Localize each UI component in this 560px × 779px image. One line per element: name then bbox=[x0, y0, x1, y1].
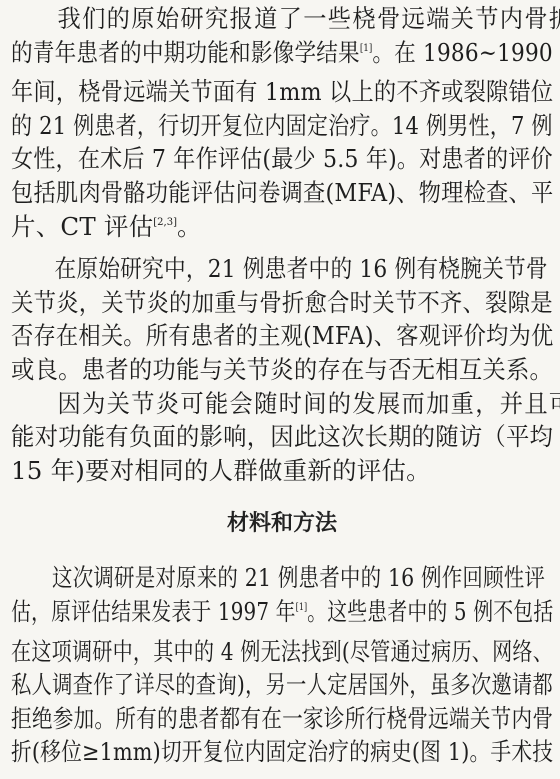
text-line: 能对功能有负面的影响，因此这次长期的随访（平均 bbox=[11, 420, 528, 454]
citation-superscript: [2,3] bbox=[153, 217, 177, 228]
citation-superscript: [1] bbox=[296, 602, 307, 613]
text-line: 拒绝参加。所有的患者都有在一家诊所行桡骨远端关节内骨 bbox=[11, 702, 469, 736]
text-line: 在这项调研中，其中的 4 例无法找到(尽管通过病历、网络、 bbox=[11, 635, 457, 669]
section-heading-materials-methods: 材料和方法 bbox=[11, 509, 553, 539]
text-line: 否存在相关。所有患者的主观(MFA)、客观评价均为优 bbox=[11, 319, 504, 353]
paragraph-methods: 这次调研是对原来的 21 例患者中的 16 例作回顾性评 估，原评估结果发表于 … bbox=[11, 561, 553, 769]
text-line: 我们的原始研究报道了一些桡骨远端关节内骨折 bbox=[11, 2, 560, 36]
text-line: 这次调研是对原来的 21 例患者中的 16 例作回顾性评 bbox=[11, 561, 506, 595]
text-line: 15 年)要对相同的人群做重新的评估。 bbox=[11, 454, 553, 488]
text-line: 的 21 例患者，行切开复位内固定治疗。14 例男性，7 例 bbox=[11, 109, 477, 143]
document-page: 我们的原始研究报道了一些桡骨远端关节内骨折 的青年患者的中期功能和影像学结果[1… bbox=[11, 2, 553, 769]
citation-superscript: [1] bbox=[360, 43, 373, 54]
text-line: 女性，在术后 7 年作评估(最少 5.5 年)。对患者的评价 bbox=[11, 142, 500, 176]
text-line: 关节炎，关节炎的加重与骨折愈合时关节不齐、裂隙是 bbox=[11, 286, 506, 320]
paragraph-arthritis-findings: 在原始研究中，21 例患者中的 16 例有桡腕关节骨 关节炎，关节炎的加重与骨折… bbox=[11, 252, 553, 386]
paragraph-original-study: 我们的原始研究报道了一些桡骨远端关节内骨折 的青年患者的中期功能和影像学结果[1… bbox=[11, 2, 553, 249]
text-line: 片、CT 评估[2,3]。 bbox=[11, 210, 553, 250]
text-line: 私人调查作了详尽的查询)，另一人定居国外，虽多次邀请都 bbox=[11, 668, 462, 702]
text-line: 折(移位≥1mm)切开复位内固定治疗的病史(图 1)。手术技 bbox=[11, 735, 470, 769]
text-line: 年间，桡骨远端关节面有 1mm 以上的不齐或裂隙错位 bbox=[11, 75, 503, 109]
text-line: 包括肌肉骨骼功能评估问卷调查(MFA)、物理检查、平 bbox=[11, 176, 504, 210]
text-line: 或良。患者的功能与关节炎的存在与否无相互关系。 bbox=[11, 353, 528, 387]
text-line: 的青年患者的中期功能和影像学结果[1]。在 1986~1990 bbox=[11, 36, 489, 76]
text-line: 估，原评估结果发表于 1997 年[1]。这些患者中的 5 例不包括 bbox=[11, 595, 451, 635]
text-line: 因为关节炎可能会随时间的发展而加重，并且可 bbox=[11, 387, 560, 421]
paragraph-long-term-followup: 因为关节炎可能会随时间的发展而加重，并且可 能对功能有负面的影响，因此这次长期的… bbox=[11, 387, 553, 488]
text-line: 在原始研究中，21 例患者中的 16 例有桡腕关节骨 bbox=[11, 252, 535, 286]
